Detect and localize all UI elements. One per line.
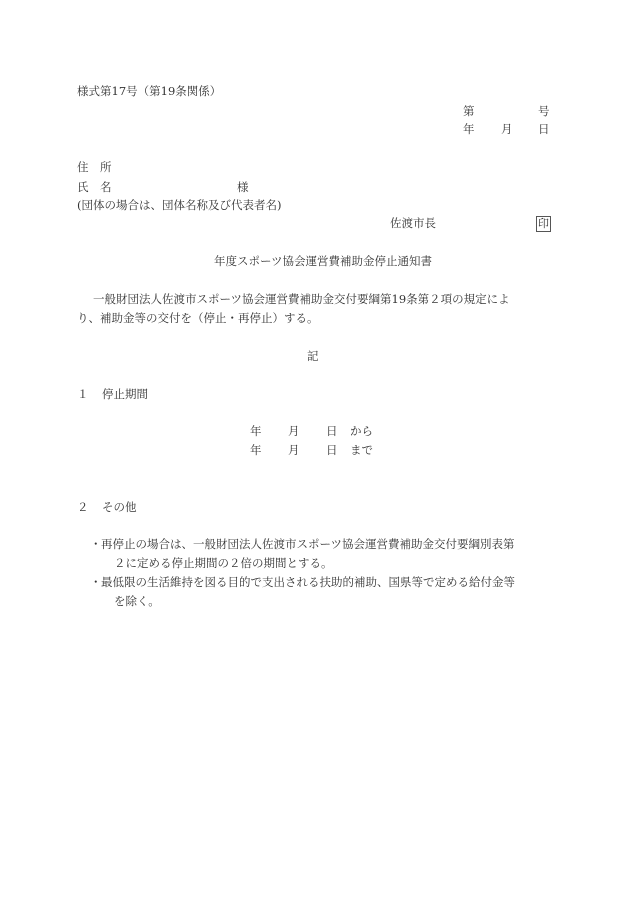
from-year: 年	[250, 424, 262, 438]
ki-label: 記	[307, 349, 319, 363]
date-month: 月	[501, 122, 513, 136]
to-month: 月	[288, 443, 300, 457]
section2-number: ２	[77, 500, 89, 514]
bullet-2-line-1: 最低限の生活維持を図る目的で支出される扶助的補助、国県等で定める給付金等	[101, 575, 515, 589]
from-suffix: から	[350, 424, 373, 438]
to-year: 年	[250, 443, 262, 457]
doc-number-prefix: 第	[463, 104, 475, 118]
name-label: 氏 名	[77, 180, 112, 194]
honorific: 様	[237, 180, 249, 194]
bullet-1-line-2: ２に定める停止期間の２倍の期間とする。	[114, 556, 333, 570]
section1-number: １	[77, 387, 89, 401]
document-title: 年度スポーツ協会運営費補助金停止通知書	[214, 254, 432, 268]
to-day: 日	[326, 443, 338, 457]
bullet-2-line-2: を除く。	[114, 594, 160, 608]
bullet-1-line-1: 再停止の場合は、一般財団法人佐渡市スポーツ協会運営費補助金交付要綱別表第	[101, 537, 515, 551]
from-day: 日	[326, 424, 338, 438]
from-month: 月	[288, 424, 300, 438]
seal-icon: 印	[536, 216, 551, 232]
doc-number-suffix: 号	[538, 104, 550, 118]
body-line-2: り、補助金等の交付を（停止・再停止）する。	[77, 311, 319, 325]
section2-heading: その他	[102, 500, 137, 514]
body-line-1: 一般財団法人佐渡市スポーツ協会運営費補助金交付要綱第19条第２項の規定によ	[93, 292, 510, 306]
to-suffix: まで	[350, 443, 373, 457]
form-number: 様式第17号（第19条関係）	[77, 84, 221, 98]
date-day: 日	[538, 122, 550, 136]
address-label: 住 所	[77, 160, 112, 174]
sender-title: 佐渡市長	[390, 216, 436, 230]
date-year: 年	[463, 122, 475, 136]
bullet-1-marker: ・	[90, 537, 102, 551]
section1-heading: 停止期間	[102, 387, 148, 401]
group-note: (団体の場合は、団体名称及び代表者名)	[77, 198, 281, 212]
bullet-2-marker: ・	[90, 575, 102, 589]
